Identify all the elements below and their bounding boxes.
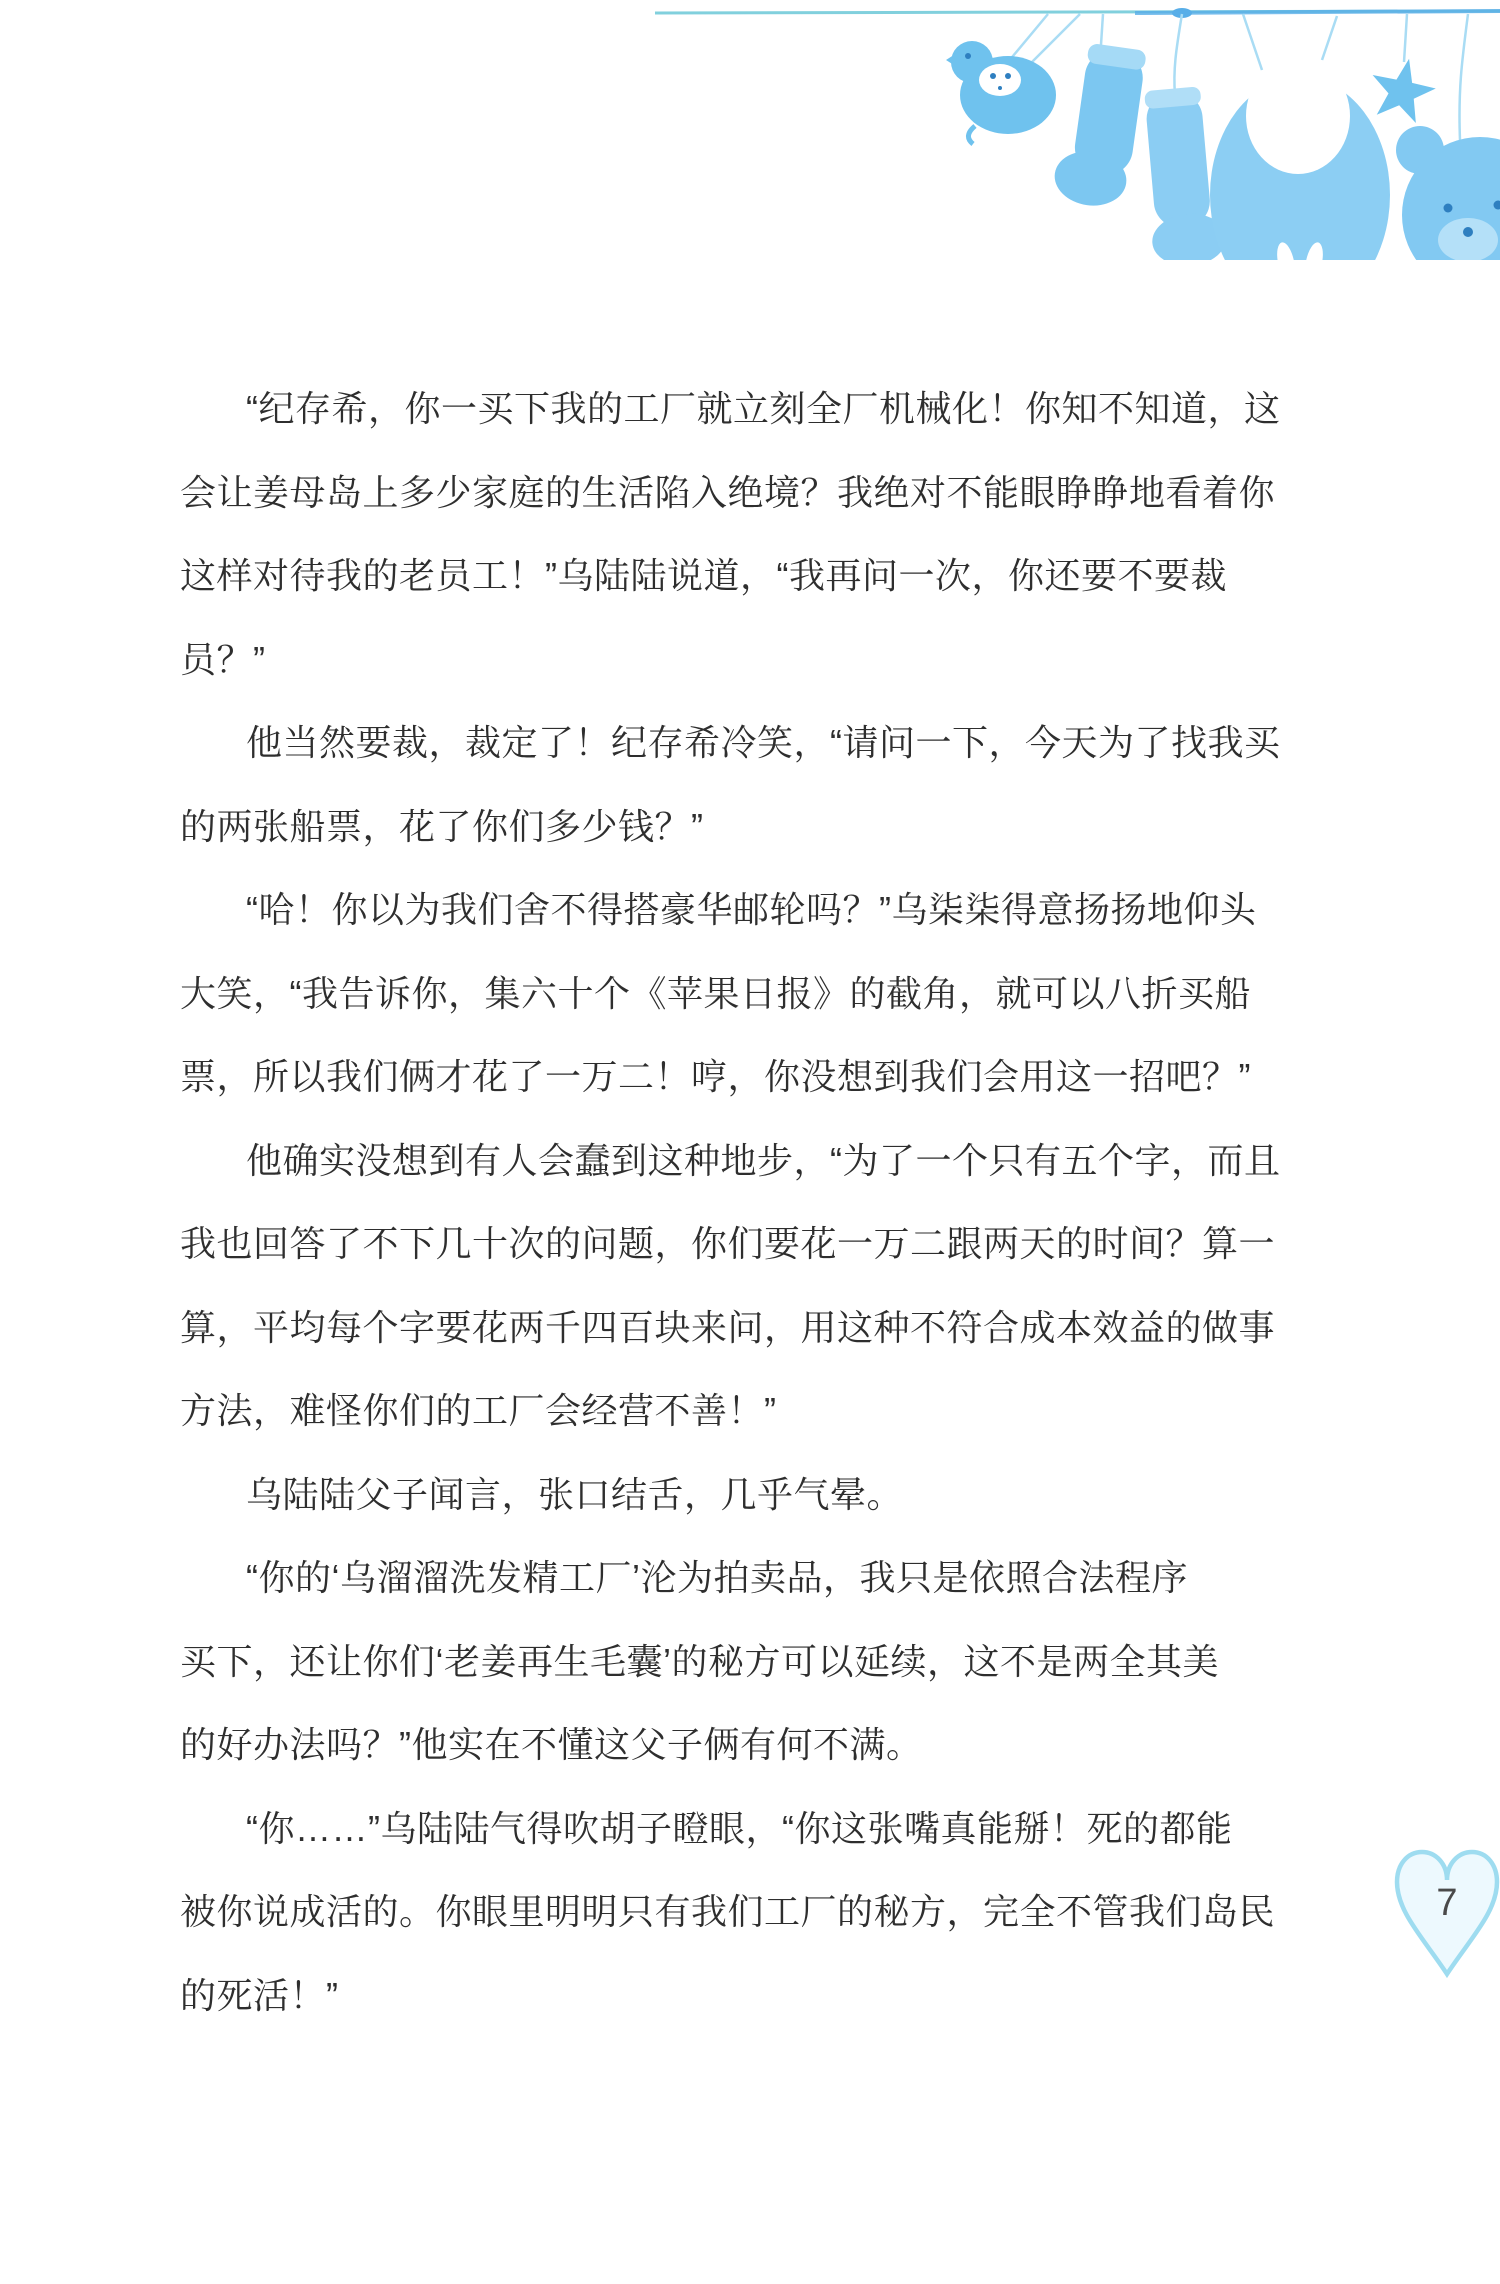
bib-icon <box>1210 58 1390 260</box>
text-line: “你……”乌陆陆气得吹胡子瞪眼，“你这张嘴真能掰！死的都能 <box>180 1787 1320 1871</box>
text-line: 他确实没想到有人会蠢到这种地步，“为了一个只有五个字，而且 <box>180 1119 1320 1203</box>
text-line: 的死活！” <box>180 1954 1320 2038</box>
bird-icon <box>946 41 1056 144</box>
text-line: “纪存希，你一买下我的工厂就立刻全厂机械化！你知不知道，这 <box>180 367 1320 451</box>
text-line: 他当然要裁，裁定了！纪存希冷笑，“请问一下，今天为了找我买 <box>180 701 1320 785</box>
text-line: 算，平均每个字要花两千四百块来问，用这种不符合成本效益的做事 <box>180 1286 1320 1370</box>
page-number: 7 <box>1392 1882 1500 1925</box>
text-line: 大笑，“我告诉你，集六十个《苹果日报》的截角，就可以八折买船 <box>180 952 1320 1036</box>
baby-clothesline-decoration <box>630 0 1500 260</box>
text-line: “哈！你以为我们舍不得搭豪华邮轮吗？”乌柒柒得意扬扬地仰头 <box>180 868 1320 952</box>
text-line: “你的‘乌溜溜洗发精工厂’沦为拍卖品，我只是依照合法程序 <box>180 1536 1320 1620</box>
book-page: “纪存希，你一买下我的工厂就立刻全厂机械化！你知不知道，这会让姜母岛上多少家庭的… <box>0 0 1500 2284</box>
story-text: “纪存希，你一买下我的工厂就立刻全厂机械化！你知不知道，这会让姜母岛上多少家庭的… <box>180 367 1320 2037</box>
text-line: 员？” <box>180 618 1320 702</box>
bear-icon <box>1396 122 1500 260</box>
text-line: 会让姜母岛上多少家庭的生活陷入绝境？我绝对不能眼睁睁地看着你 <box>180 451 1320 535</box>
star-icon <box>1365 52 1441 126</box>
text-line: 我也回答了不下几十次的问题，你们要花一万二跟两天的时间？算一 <box>180 1202 1320 1286</box>
text-line: 票，所以我们俩才花了一万二！哼，你没想到我们会用这一招吧？” <box>180 1035 1320 1119</box>
text-line: 买下，还让你们‘老姜再生毛囊’的秘方可以延续，这不是两全其美 <box>180 1620 1320 1704</box>
text-line: 被你说成活的。你眼里明明只有我们工厂的秘方，完全不管我们岛民 <box>180 1870 1320 1954</box>
text-line: 这样对待我的老员工！”乌陆陆说道，“我再问一次，你还要不要裁 <box>180 534 1320 618</box>
text-line: 方法，难怪你们的工厂会经营不善！” <box>180 1369 1320 1453</box>
bootie-icon <box>1051 41 1147 211</box>
text-line: 乌陆陆父子闻言，张口结舌，几乎气晕。 <box>180 1453 1320 1537</box>
text-line: 的好办法吗？”他实在不懂这父子俩有何不满。 <box>180 1703 1320 1787</box>
page-number-heart: 7 <box>1392 1842 1500 1987</box>
text-line: 的两张船票，花了你们多少钱？” <box>180 785 1320 869</box>
